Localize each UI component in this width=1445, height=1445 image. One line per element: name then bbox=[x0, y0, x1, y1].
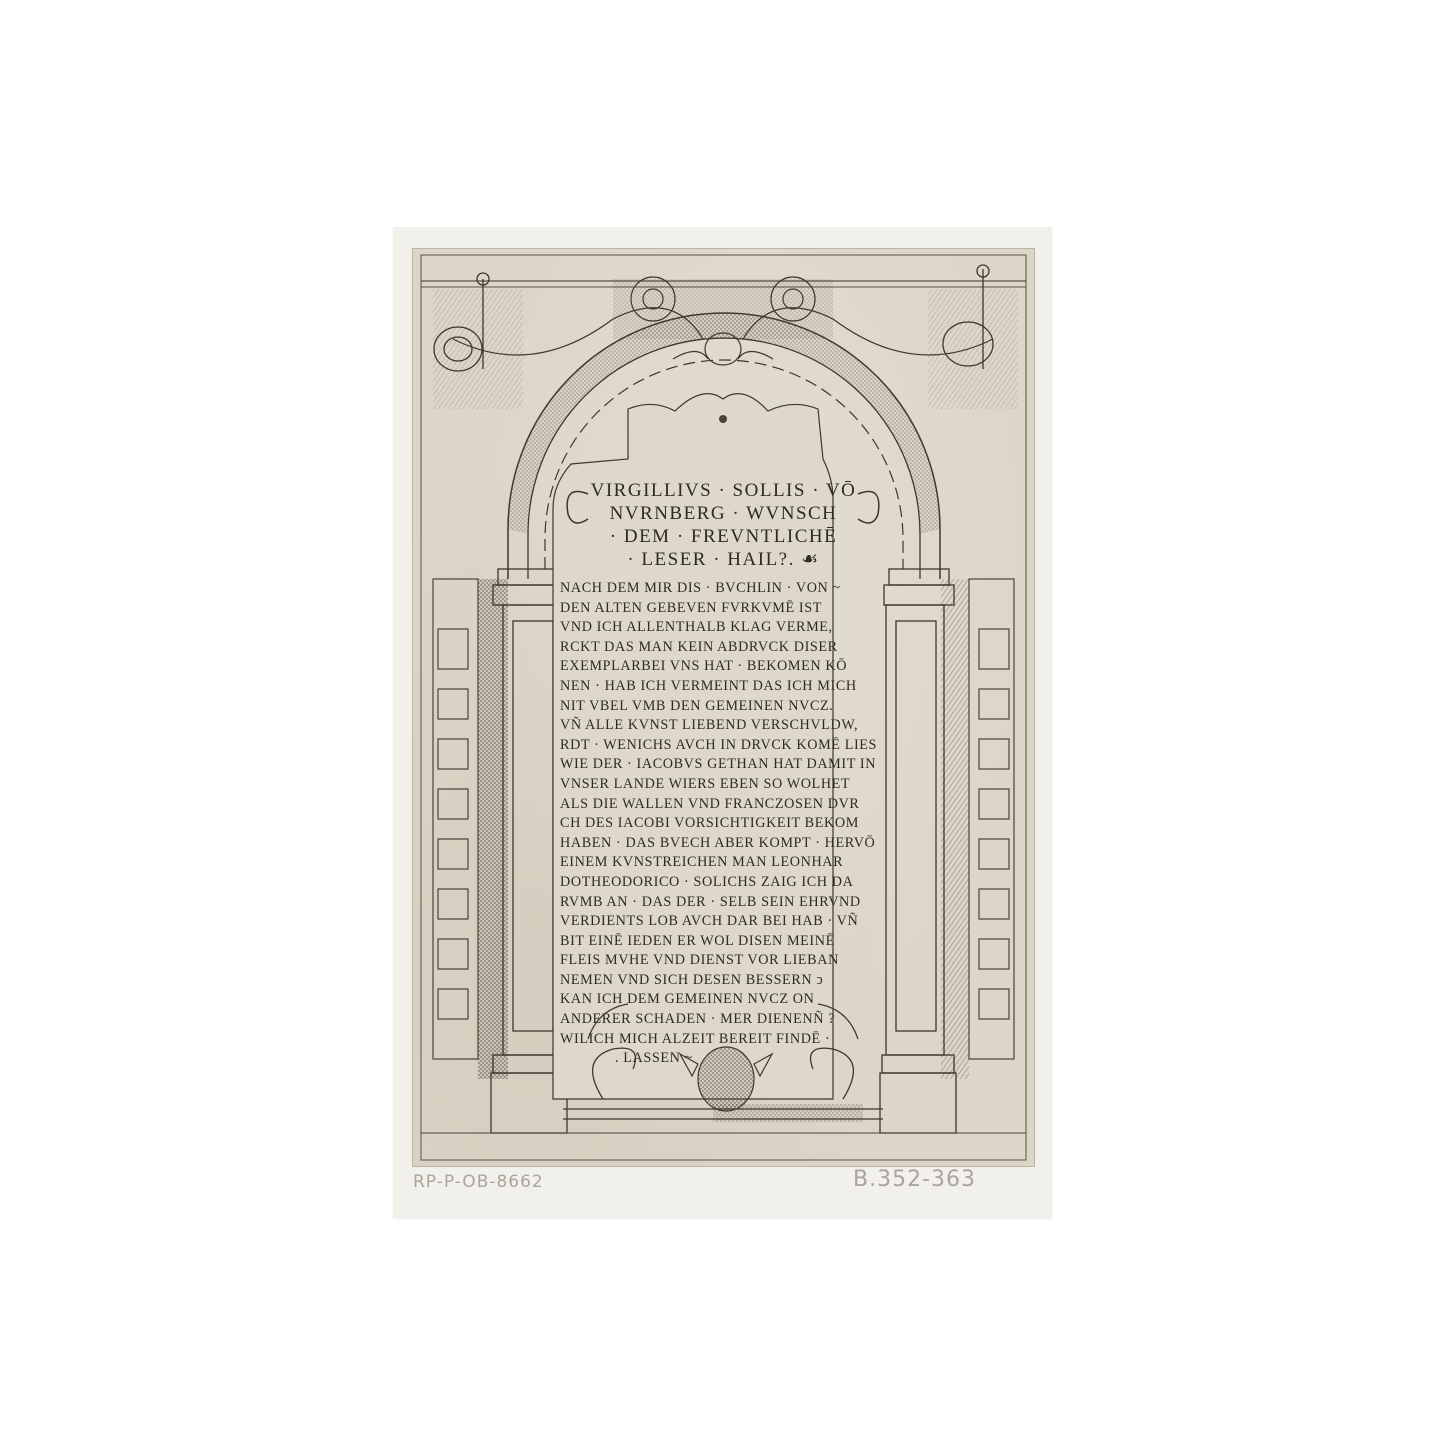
text-line: VÑ ALLE KVNST LIEBEND VERSCHVLDW, bbox=[560, 716, 890, 736]
text-line: WIE DER · IACOBVS GETHAN HAT DAMIT IN bbox=[560, 755, 890, 775]
text-line: KAN ICH DEM GEMEINEN NVCZ ON bbox=[560, 990, 890, 1010]
text-line: BIT EINĒ IEDEN ER WOL DISEN MEINĒ bbox=[560, 932, 890, 952]
text-line-final: . LASSEN ~ bbox=[560, 1049, 890, 1069]
text-line: ANDERER SCHADEN · MER DIENENÑ ? bbox=[560, 1010, 890, 1030]
text-line: RDT · WENICHS AVCH IN DRVCK KOMĒ LIES bbox=[560, 736, 890, 756]
text-line: NEMEN VND SICH DESEN BESSERN ↄ bbox=[560, 971, 890, 991]
text-line: VND ICH ALLENTHALB KLAG VERME, bbox=[560, 618, 890, 638]
title-line: VIRGILLIVS · SOLLIS · VŌ bbox=[563, 479, 884, 502]
text-line: NIT VBEL VMB DEN GEMEINEN NVCZ. bbox=[560, 697, 890, 717]
text-line: VERDIENTS LOB AVCH DAR BEI HAB · VÑ bbox=[560, 912, 890, 932]
catalogue-reference-annotation: B.352-363 bbox=[853, 1167, 976, 1192]
text-line: DOTHEODORICO · SOLICHS ZAIG ICH DA bbox=[560, 873, 890, 893]
text-line: FLEIS MVHE VND DIENST VOR LIEBAN bbox=[560, 951, 890, 971]
text-line: EINEM KVNSTREICHEN MAN LEONHAR bbox=[560, 853, 890, 873]
text-line: CH DES IACOBI VORSICHTIGKEIT BEKOM bbox=[560, 814, 890, 834]
title-line: · DEM · FREVNTLICHĒ bbox=[563, 525, 884, 548]
text-line: EXEMPLARBEI VNS HAT · BEKOMEN KŌ bbox=[560, 657, 890, 677]
dedication-title: VIRGILLIVS · SOLLIS · VŌ NVRNBERG · WVNS… bbox=[563, 479, 884, 571]
text-line: WILICH MICH ALZEIT BEREIT FINDĒ · bbox=[560, 1030, 890, 1050]
text-line: ALS DIE WALLEN VND FRANCZOSEN DVR bbox=[560, 795, 890, 815]
text-line: NACH DEM MIR DIS · BVCHLIN · VON ~ bbox=[560, 579, 890, 599]
text-line: VNSER LANDE WIERS EBEN SO WOLHET bbox=[560, 775, 890, 795]
text-line: DEN ALTEN GEBEVEN FVRKVMĒ IST bbox=[560, 599, 890, 619]
title-line: NVRNBERG · WVNSCH bbox=[563, 502, 884, 525]
inventory-number-annotation: RP-P-OB-8662 bbox=[413, 1172, 544, 1192]
text-line: HABEN · DAS BVECH ABER KOMPT · HERVŌ bbox=[560, 834, 890, 854]
engraved-plate: VIRGILLIVS · SOLLIS · VŌ NVRNBERG · WVNS… bbox=[412, 248, 1035, 1167]
dedication-body-text: NACH DEM MIR DIS · BVCHLIN · VON ~ DEN A… bbox=[560, 579, 890, 1069]
print-mount-paper: VIRGILLIVS · SOLLIS · VŌ NVRNBERG · WVNS… bbox=[393, 227, 1052, 1218]
text-line: RCKT DAS MAN KEIN ABDRVCK DISER bbox=[560, 638, 890, 658]
text-line: RVMB AN · DAS DER · SELB SEIN EHRVND bbox=[560, 893, 890, 913]
text-line: NEN · HAB ICH VERMEINT DAS ICH MICH bbox=[560, 677, 890, 697]
title-line: · LESER · HAIL?. ☙ bbox=[563, 548, 884, 571]
